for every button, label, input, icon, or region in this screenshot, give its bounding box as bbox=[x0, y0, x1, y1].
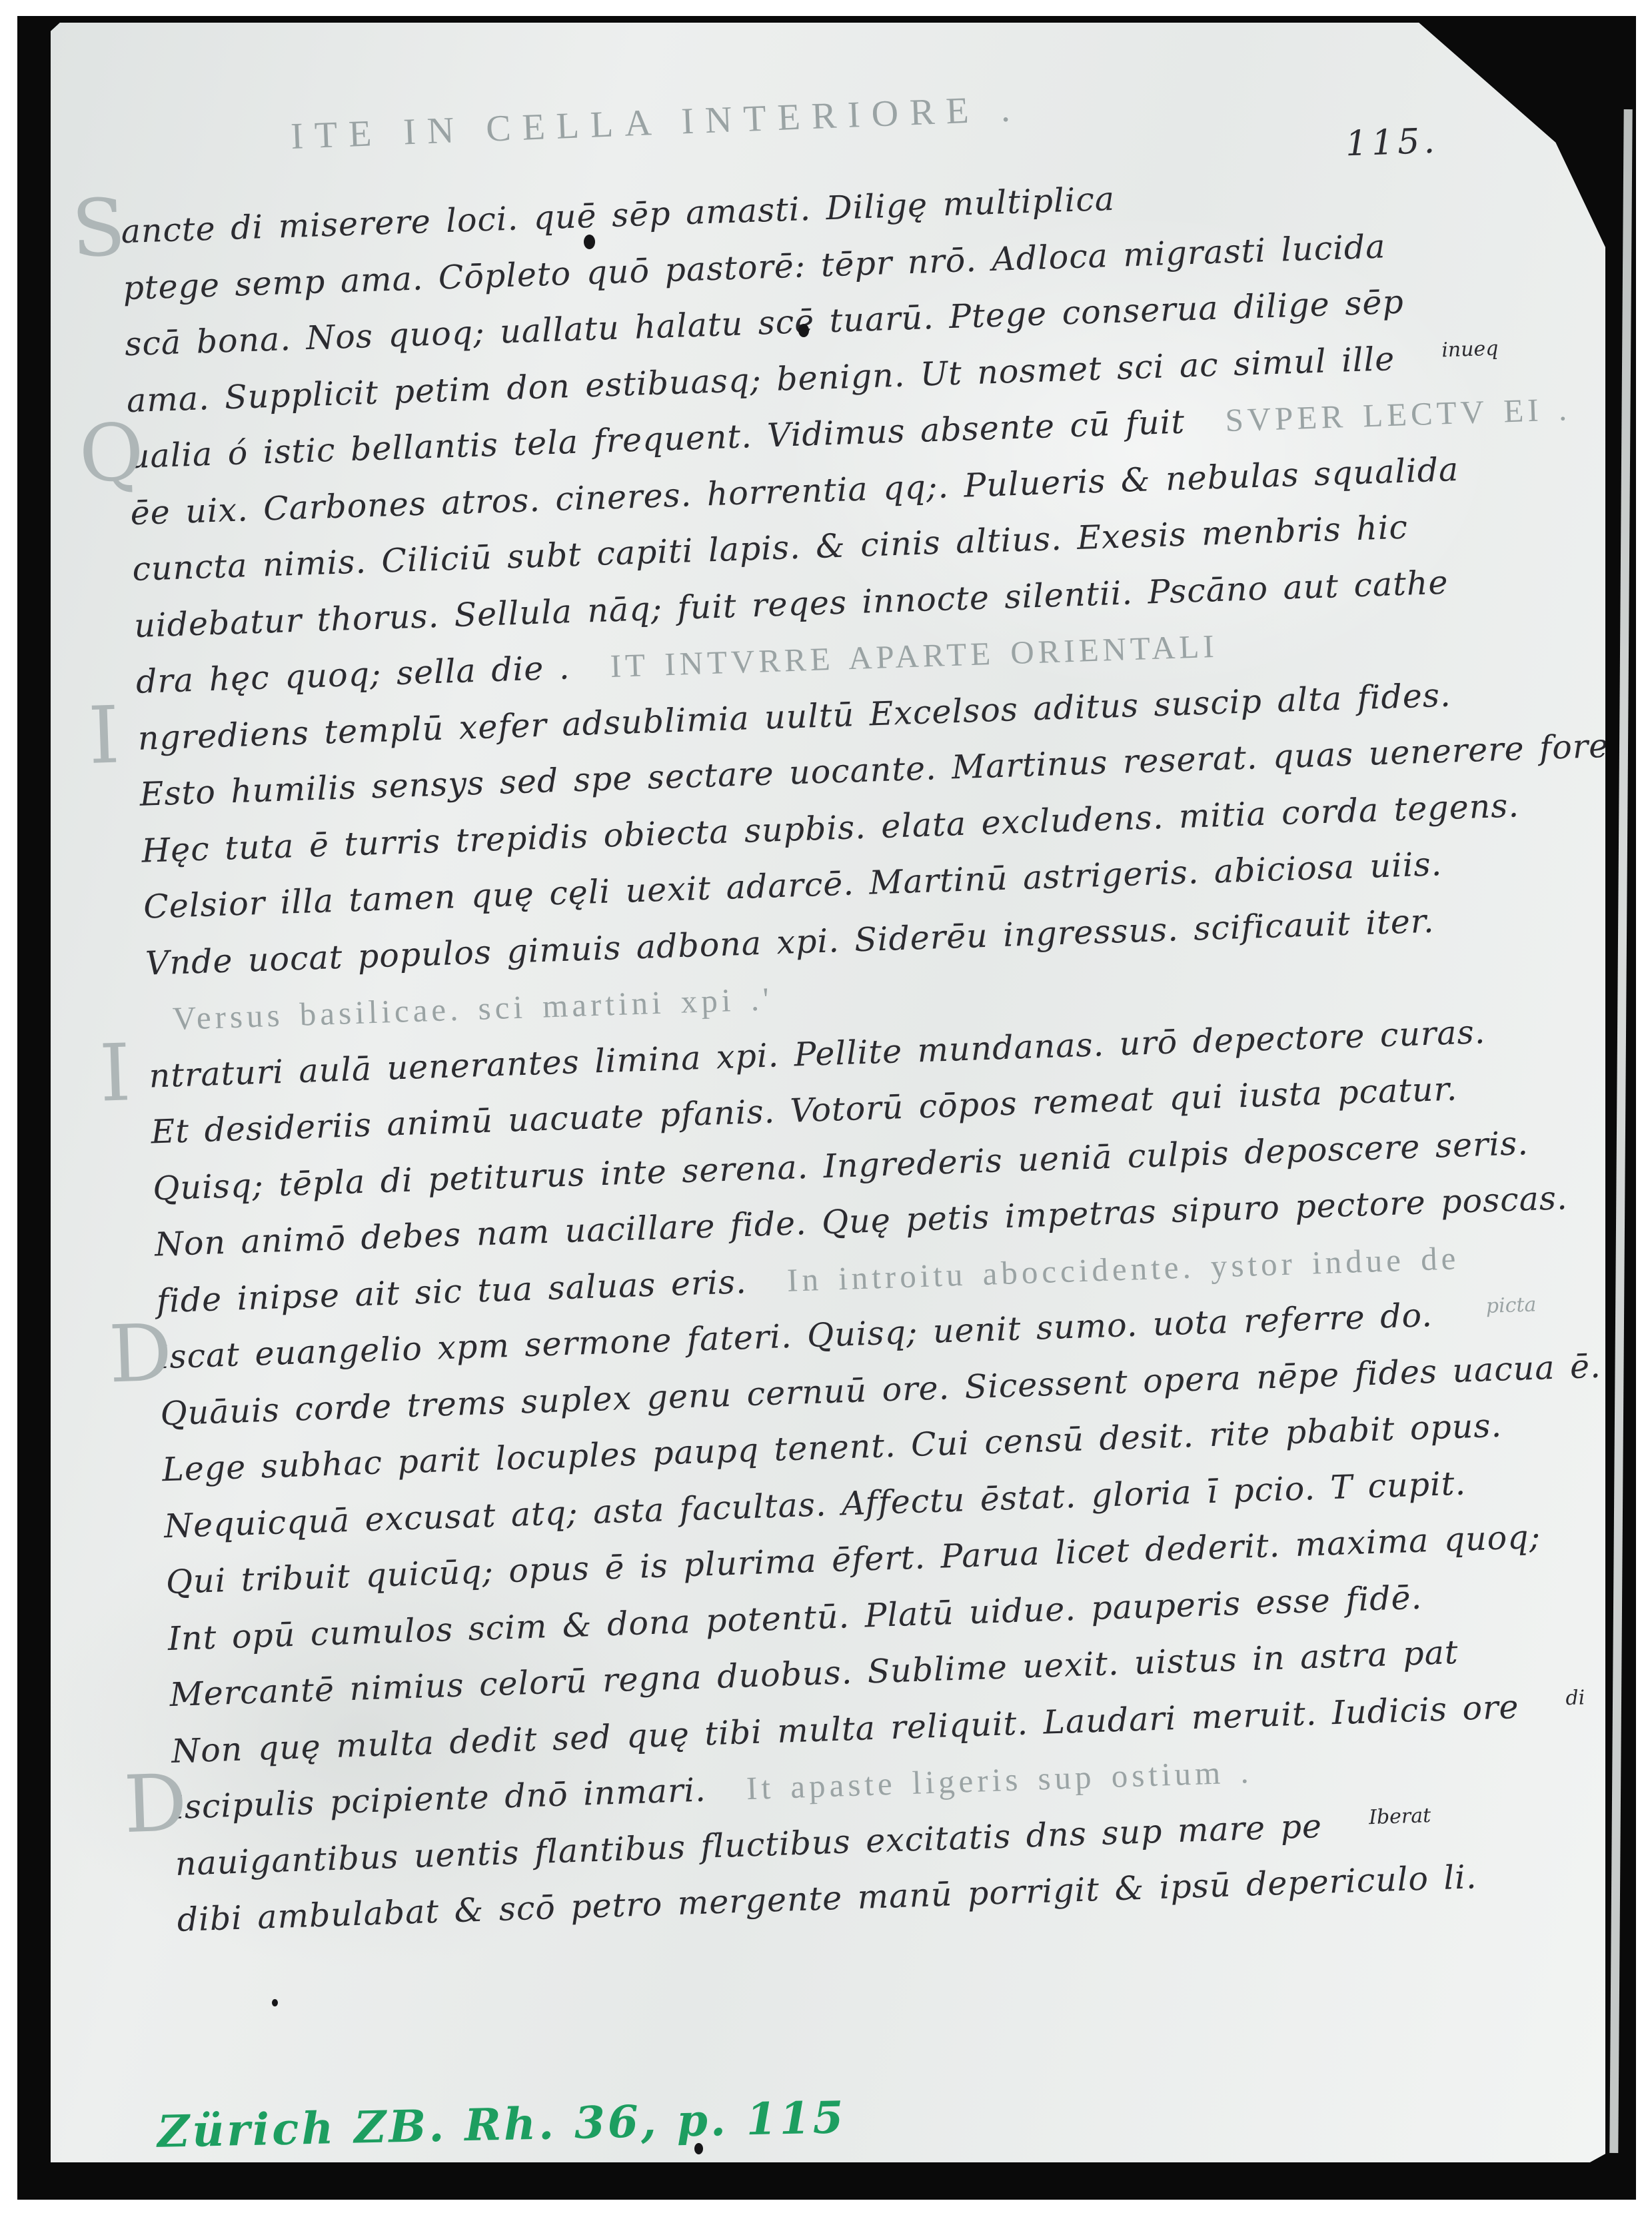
interlinear-addition bbox=[1533, 1406, 1534, 1429]
interlinear-addition-faded bbox=[1423, 227, 1424, 250]
interlinear-addition-faded bbox=[1442, 282, 1443, 305]
rubric-text: SVPER LECTV EI . bbox=[1225, 390, 1571, 438]
interlinear-addition bbox=[779, 980, 780, 1004]
interlinear-addition-faded bbox=[1540, 1405, 1541, 1429]
interlinear-addition-faded bbox=[1446, 507, 1447, 530]
rubric-text bbox=[1510, 1012, 1511, 1049]
rubric-text bbox=[1473, 563, 1474, 600]
interlinear-addition bbox=[1572, 1517, 1573, 1541]
interlinear-addition bbox=[1551, 786, 1551, 809]
rubric-text bbox=[1491, 1464, 1492, 1501]
rubric-text bbox=[1501, 1858, 1503, 1894]
interlinear-addition bbox=[1599, 1178, 1599, 1201]
interlinear-addition bbox=[1490, 450, 1491, 473]
interlinear-addition bbox=[1489, 1070, 1489, 1093]
rubric-text bbox=[1472, 1295, 1473, 1332]
interlinear-addition bbox=[1473, 844, 1474, 868]
interlinear-addition bbox=[1465, 901, 1466, 924]
interlinear-addition-faded bbox=[1605, 1178, 1606, 1201]
interlinear-addition bbox=[1508, 1857, 1509, 1880]
ink-speck bbox=[798, 324, 809, 337]
interlinear-addition bbox=[1482, 675, 1483, 698]
interlinear-addition-faded bbox=[1579, 1517, 1579, 1541]
interlinear-addition-faded bbox=[1486, 562, 1487, 586]
rubric-text bbox=[1544, 786, 1545, 822]
ink-speck bbox=[584, 235, 595, 249]
interlinear-addition-faded bbox=[1557, 785, 1558, 808]
interlinear-addition-faded bbox=[1639, 1346, 1640, 1369]
interlinear-addition-faded bbox=[1153, 179, 1154, 203]
interlinear-addition bbox=[1465, 1239, 1466, 1262]
rubric-text bbox=[1459, 902, 1460, 938]
manuscript-page: ITE IN CELLA INTERIORE . 115. S ancte di… bbox=[51, 23, 1605, 2162]
interlinear-addition bbox=[1435, 283, 1436, 306]
interlinear-addition bbox=[1479, 562, 1480, 586]
rubric-text bbox=[1475, 676, 1477, 712]
adjacent-leaf-edge bbox=[1609, 109, 1632, 2153]
interlinear-addition-faded bbox=[1231, 627, 1232, 650]
interlinear-addition-faded bbox=[1472, 901, 1473, 924]
interlinear-addition-faded bbox=[1495, 1069, 1496, 1092]
interlinear-addition bbox=[1439, 508, 1440, 531]
interlinear-addition bbox=[1489, 1633, 1490, 1656]
rubric-text bbox=[1361, 1806, 1363, 1843]
rubric-text bbox=[1483, 1633, 1485, 1670]
interlinear-addition-faded bbox=[1523, 1012, 1524, 1035]
interlinear-addition bbox=[1224, 627, 1225, 650]
interlinear-addition bbox=[1479, 1295, 1479, 1318]
interlinear-addition-faded bbox=[1504, 1463, 1505, 1487]
rubric-text bbox=[1467, 845, 1468, 882]
interlinear-addition-faded bbox=[1591, 1686, 1592, 1709]
interlinear-addition bbox=[1146, 179, 1147, 203]
interlinear-addition: di bbox=[1565, 1686, 1585, 1710]
interlinear-addition-faded bbox=[1472, 1239, 1473, 1262]
interlinear-addition-faded bbox=[1583, 390, 1584, 413]
interlinear-addition-faded bbox=[1480, 844, 1481, 868]
text-block: S ancte di miserere loci. quē sēp amasti… bbox=[120, 149, 1636, 1942]
interlinear-addition-faded bbox=[1460, 1577, 1461, 1601]
rubric-text bbox=[1593, 1179, 1594, 1215]
interlinear-addition: Iberat bbox=[1368, 1804, 1431, 1829]
interlinear-addition bbox=[1577, 390, 1577, 414]
interlinear-addition-faded bbox=[1489, 675, 1489, 698]
rubric-text bbox=[1559, 1687, 1560, 1723]
interlinear-addition bbox=[1453, 1577, 1454, 1601]
interlinear-addition-faded bbox=[1265, 1753, 1266, 1776]
interlinear-addition bbox=[1259, 1753, 1259, 1777]
interlinear-addition: inueq bbox=[1441, 337, 1499, 362]
rubric-text bbox=[1140, 180, 1141, 217]
ink-speck bbox=[272, 1999, 278, 2006]
rubric-title: ITE IN CELLA INTERIORE . bbox=[290, 87, 1022, 158]
rubric-text bbox=[1435, 339, 1436, 376]
rubric-text bbox=[1553, 1123, 1555, 1160]
rubric-text bbox=[1410, 227, 1411, 264]
margin-initial: S bbox=[71, 188, 128, 269]
interlinear-addition-faded bbox=[1515, 1857, 1515, 1880]
rubric-text bbox=[1429, 283, 1430, 319]
rubric-text bbox=[1626, 1347, 1627, 1383]
interlinear-addition bbox=[1497, 1463, 1498, 1487]
librarian-shelfmark: Zürich ZB. Rh. 36, p. 115 bbox=[157, 2091, 846, 2158]
interlinear-addition-faded bbox=[1567, 1123, 1567, 1146]
rubric-text bbox=[1447, 1578, 1448, 1615]
margin-initial: I bbox=[99, 1033, 133, 1113]
margin-initial: I bbox=[87, 695, 122, 775]
interlinear-addition-faded: picta bbox=[1485, 1293, 1537, 1317]
rubric-text bbox=[1483, 450, 1485, 486]
rubric-text bbox=[1527, 1406, 1528, 1443]
interlinear-addition bbox=[1517, 1012, 1517, 1036]
rubric-text bbox=[1482, 1070, 1483, 1106]
interlinear-addition-faded bbox=[1505, 337, 1505, 360]
rubric-text bbox=[1565, 1518, 1567, 1555]
line-text bbox=[147, 1001, 148, 1039]
interlinear-addition bbox=[1633, 1346, 1633, 1369]
interlinear-addition bbox=[1560, 1123, 1561, 1147]
interlinear-addition-faded bbox=[786, 980, 786, 1004]
interlinear-addition-faded bbox=[1496, 1633, 1497, 1656]
rubric-text bbox=[1433, 508, 1434, 544]
interlinear-addition-faded bbox=[1437, 1803, 1438, 1827]
interlinear-addition bbox=[1417, 227, 1417, 250]
interlinear-addition-faded bbox=[1497, 449, 1497, 472]
photograph-background: ITE IN CELLA INTERIORE . 115. S ancte di… bbox=[17, 16, 1636, 2200]
